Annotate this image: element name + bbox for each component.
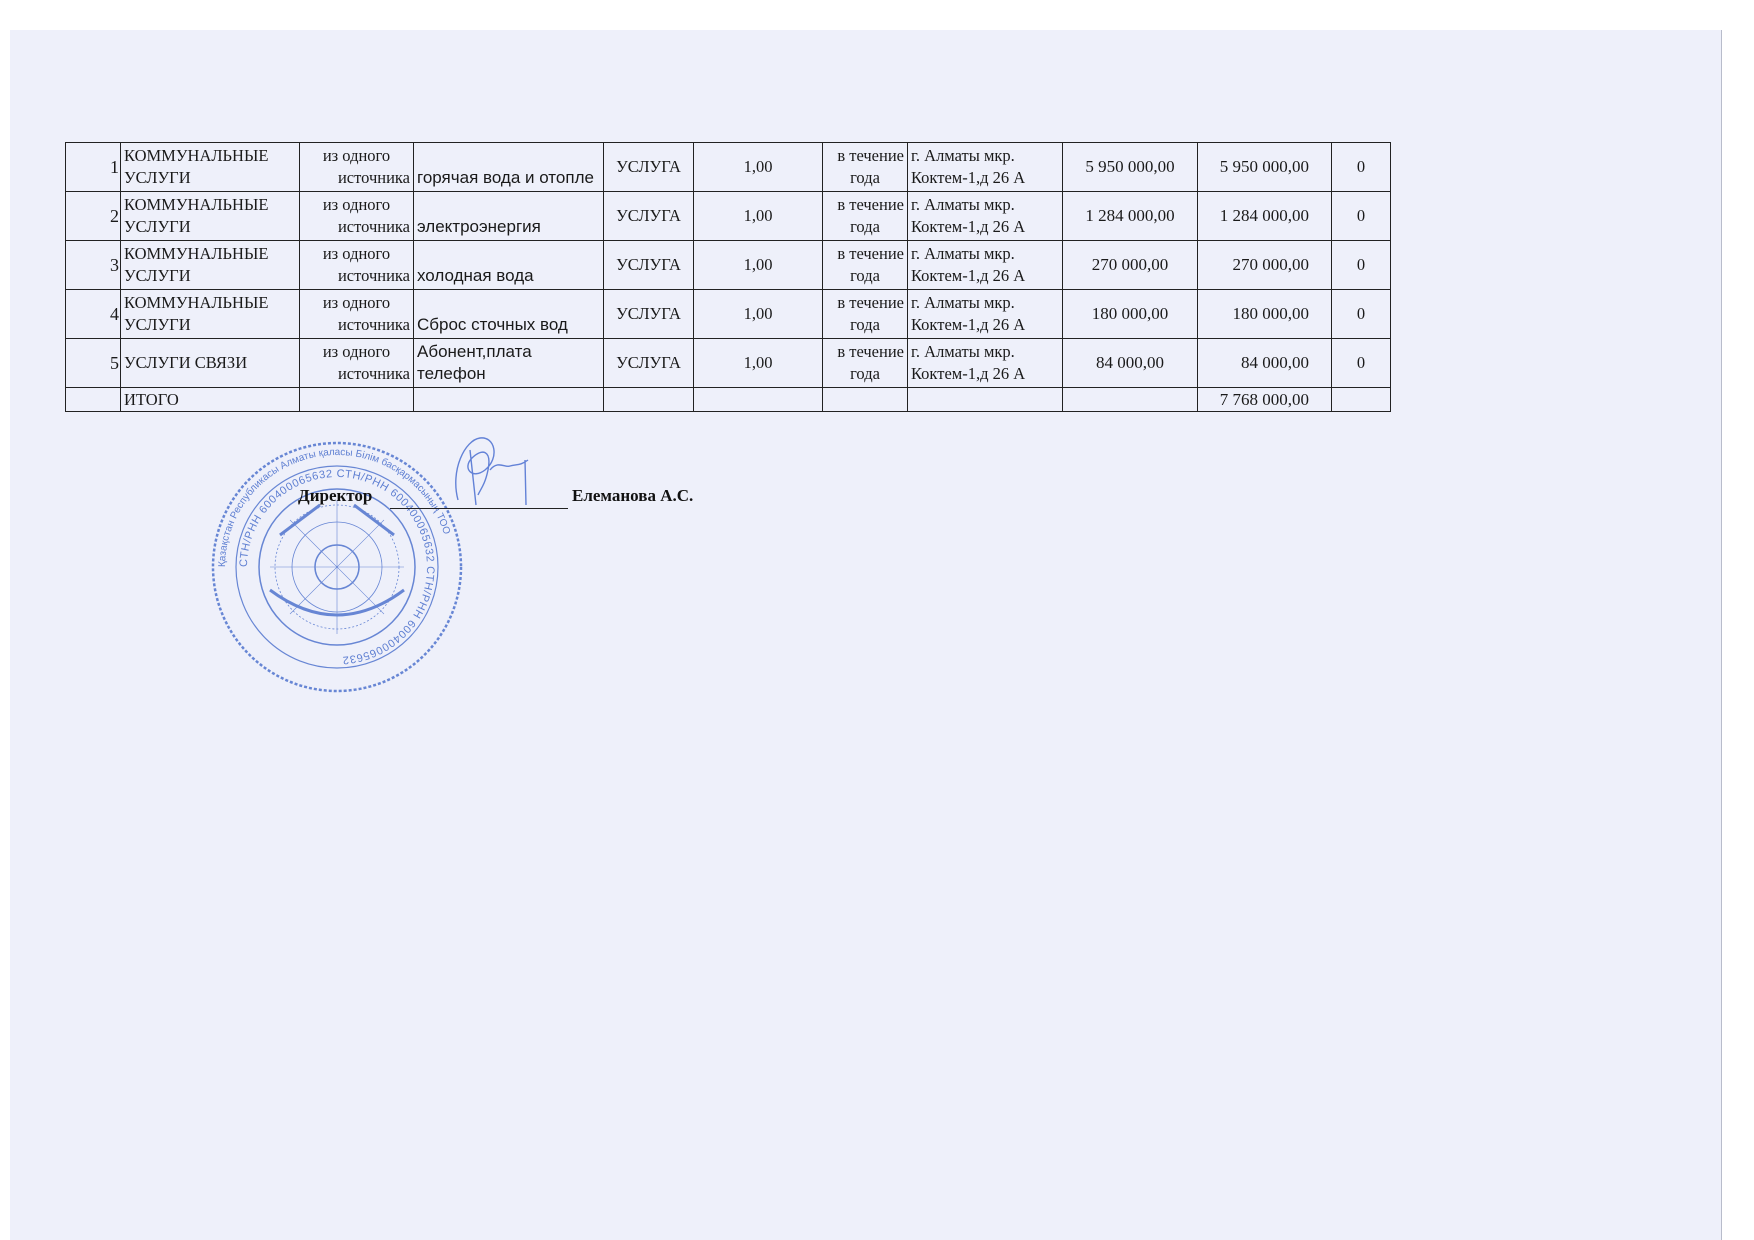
procurement-method: из одногоисточника <box>300 339 414 388</box>
advance-percent: 0 <box>1332 290 1391 339</box>
delivery-term: в течениегода <box>823 241 908 290</box>
delivery-place: г. Алматы мкр.Коктем-1,д 26 А <box>908 290 1063 339</box>
total-sum: 1 284 000,00 <box>1198 192 1332 241</box>
item-description: холодная вода <box>414 241 604 290</box>
signatory-name: Елеманова А.С. <box>572 486 693 506</box>
unit: УСЛУГА <box>604 339 694 388</box>
row-number: 5 <box>66 339 121 388</box>
delivery-term: в течениегода <box>823 290 908 339</box>
table-row: 4 КОММУНАЛЬНЫЕУСЛУГИ из одногоисточника … <box>66 290 1391 339</box>
unit: УСЛУГА <box>604 192 694 241</box>
quantity: 1,00 <box>694 192 823 241</box>
unit-price: 5 950 000,00 <box>1063 143 1198 192</box>
row-number: 4 <box>66 290 121 339</box>
table-row: 5 УСЛУГИ СВЯЗИ из одногоисточника Абонен… <box>66 339 1391 388</box>
table-row: 3 КОММУНАЛЬНЫЕУСЛУГИ из одногоисточника … <box>66 241 1391 290</box>
procurement-method: из одногоисточника <box>300 192 414 241</box>
procurement-table: 1 КОММУНАЛЬНЫЕУСЛУГИ из одногоисточника … <box>65 142 1391 412</box>
official-stamp-icon: Қазақстан Республикасы Алматы қаласы Біл… <box>210 440 464 694</box>
delivery-place: г. Алматы мкр.Коктем-1,д 26 А <box>908 192 1063 241</box>
item-description: Абонент,платателефон <box>414 339 604 388</box>
table-row: 1 КОММУНАЛЬНЫЕУСЛУГИ из одногоисточника … <box>66 143 1391 192</box>
procurement-method: из одногоисточника <box>300 143 414 192</box>
table-row: 2 КОММУНАЛЬНЫЕУСЛУГИ из одногоисточника … <box>66 192 1391 241</box>
delivery-term: в течениегода <box>823 143 908 192</box>
signatory-position: Директор <box>298 486 372 506</box>
item-name: КОММУНАЛЬНЫЕУСЛУГИ <box>121 241 300 290</box>
advance-percent: 0 <box>1332 143 1391 192</box>
procurement-method: из одногоисточника <box>300 241 414 290</box>
quantity: 1,00 <box>694 143 823 192</box>
item-name: УСЛУГИ СВЯЗИ <box>121 339 300 388</box>
row-number: 1 <box>66 143 121 192</box>
total-sum: 5 950 000,00 <box>1198 143 1332 192</box>
delivery-place: г. Алматы мкр.Коктем-1,д 26 А <box>908 143 1063 192</box>
quantity: 1,00 <box>694 241 823 290</box>
delivery-term: в течениегода <box>823 339 908 388</box>
item-name: КОММУНАЛЬНЫЕУСЛУГИ <box>121 290 300 339</box>
item-name: КОММУНАЛЬНЫЕУСЛУГИ <box>121 192 300 241</box>
signature-line <box>390 508 568 509</box>
handwritten-signature-icon <box>440 430 540 510</box>
item-description: Сброс сточных вод <box>414 290 604 339</box>
total-sum: 270 000,00 <box>1198 241 1332 290</box>
unit-price: 270 000,00 <box>1063 241 1198 290</box>
unit: УСЛУГА <box>604 241 694 290</box>
item-description: электроэнергия <box>414 192 604 241</box>
grand-total: 7 768 000,00 <box>1198 388 1332 412</box>
delivery-place: г. Алматы мкр.Коктем-1,д 26 А <box>908 241 1063 290</box>
item-description: горячая вода и отопле <box>414 143 604 192</box>
quantity: 1,00 <box>694 339 823 388</box>
row-number: 2 <box>66 192 121 241</box>
unit: УСЛУГА <box>604 143 694 192</box>
total-sum: 180 000,00 <box>1198 290 1332 339</box>
quantity: 1,00 <box>694 290 823 339</box>
procurement-method: из одногоисточника <box>300 290 414 339</box>
delivery-term: в течениегода <box>823 192 908 241</box>
item-name: КОММУНАЛЬНЫЕУСЛУГИ <box>121 143 300 192</box>
total-row: ИТОГО 7 768 000,00 <box>66 388 1391 412</box>
row-number: 3 <box>66 241 121 290</box>
advance-percent: 0 <box>1332 339 1391 388</box>
total-sum: 84 000,00 <box>1198 339 1332 388</box>
advance-percent: 0 <box>1332 192 1391 241</box>
total-label: ИТОГО <box>121 388 300 412</box>
delivery-place: г. Алматы мкр.Коктем-1,д 26 А <box>908 339 1063 388</box>
unit-price: 180 000,00 <box>1063 290 1198 339</box>
unit-price: 84 000,00 <box>1063 339 1198 388</box>
advance-percent: 0 <box>1332 241 1391 290</box>
unit-price: 1 284 000,00 <box>1063 192 1198 241</box>
unit: УСЛУГА <box>604 290 694 339</box>
